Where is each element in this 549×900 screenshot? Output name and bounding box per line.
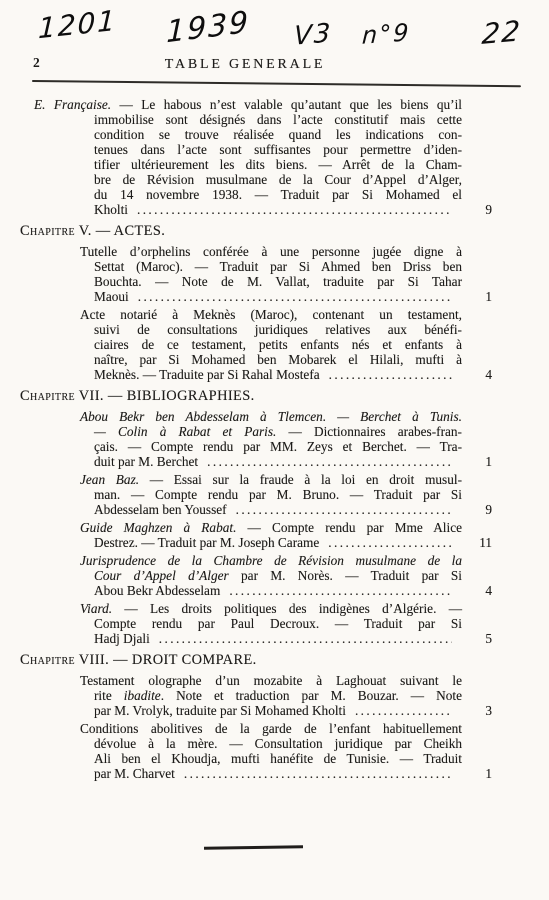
entry-last-line-text: Meknès. — Traduite par Si Rahal Mostefa: [94, 367, 320, 382]
page-reference-number: 1: [458, 454, 492, 469]
toc-entry: Tutelle d’orphelins conférée à une perso…: [0, 244, 549, 304]
entry-line: Ali ben el Khoudja, mufti hanéfite de Tu…: [94, 751, 462, 766]
scanned-document-page: 1201 1939 V3 n°9 22 2 TABLE GENERALE E. …: [0, 0, 549, 900]
entry-line: Viard. — Les droits politiques des indig…: [80, 601, 462, 616]
footer-rule: [204, 845, 303, 849]
entry-last-line-text: Abdesselam ben Youssef: [94, 502, 227, 517]
entry-last-line-text: Destrez. — Traduit par M. Joseph Carame: [94, 535, 319, 550]
entry-line: condition se trouve réalisée quand les i…: [94, 127, 462, 142]
entry-line: bre de Révision musulmane de la Cour d’A…: [94, 172, 462, 187]
entry-last-line: Hadj Djali5: [94, 631, 492, 646]
entry-last-line-text: Kholti: [94, 202, 128, 217]
entry-line: immobilise sont désignés dans l’acte con…: [94, 112, 462, 127]
entry-last-line-text: Hadj Djali: [94, 631, 150, 646]
entry-line: tifier ultérieurement les dits biens. — …: [94, 157, 462, 172]
page-reference-number: 5: [458, 631, 492, 646]
folio-page-number: 2: [33, 55, 40, 71]
dot-leader: [329, 367, 452, 382]
toc-entry: Testament olographe d’un mozabite à Lagh…: [0, 673, 549, 718]
toc-entry: E. Française. — Le habous n’est valable …: [0, 97, 549, 217]
dot-leader: [229, 583, 452, 598]
dot-leader: [159, 631, 452, 646]
entry-line: Jean Baz. — Essai sur la fraude à la loi…: [80, 472, 462, 487]
entry-line: E. Française. — Le habous n’est valable …: [34, 97, 462, 112]
entry-line: Bouchta. — Note de M. Vallat, traduite p…: [94, 274, 462, 289]
entry-last-line: Kholti9: [94, 202, 492, 217]
toc-entry: Acte notarié à Meknès (Maroc), contenant…: [0, 307, 549, 382]
entry-last-line: Abou Bekr Abdesselam4: [94, 583, 492, 598]
entry-last-line-text: duit par M. Berchet: [94, 454, 198, 469]
dot-leader: [184, 766, 452, 781]
page-reference-number: 4: [458, 367, 492, 382]
dot-leader: [328, 535, 452, 550]
header-rule: [32, 80, 521, 87]
entry-line: Testament olographe d’un mozabite à Lagh…: [80, 673, 462, 688]
handwritten-mark-copy: 22: [481, 14, 523, 51]
entry-line: Settat (Maroc). — Traduit par Si Ahmed b…: [94, 259, 462, 274]
toc-entry: Jean Baz. — Essai sur la fraude à la loi…: [0, 472, 549, 517]
entry-line: Conditions abolitives de la garde de l’e…: [80, 721, 462, 736]
entry-last-line: Maoui1: [94, 289, 492, 304]
dot-leader: [236, 502, 452, 517]
entry-line: Guide Maghzen à Rabat. — Compte rendu pa…: [80, 520, 462, 535]
entry-line: man. — Compte rendu par M. Bruno. — Trad…: [94, 487, 462, 502]
page-reference-number: 1: [458, 289, 492, 304]
entry-last-line: Meknès. — Traduite par Si Rahal Mostefa4: [94, 367, 492, 382]
entry-last-line-text: Maoui: [94, 289, 129, 304]
dot-leader: [207, 454, 452, 469]
entry-last-line-text: par M. Charvet: [94, 766, 175, 781]
entry-last-line-text: Abou Bekr Abdesselam: [94, 583, 220, 598]
page-reference-number: 9: [458, 502, 492, 517]
entry-last-line-text: par M. Vrolyk, traduite par Si Mohamed K…: [94, 703, 346, 718]
entry-line: Cour d’Appel d’Alger par M. Norès. — Tra…: [94, 568, 462, 583]
handwritten-mark-volume: V3: [294, 18, 333, 52]
handwritten-mark-year: 1939: [166, 5, 250, 51]
entry-line: dévolue à la mère. — Consultation juridi…: [94, 736, 462, 751]
handwritten-mark-archive-number: 1201: [38, 4, 118, 46]
toc-entry: Abou Bekr ben Abdesselam à Tlemcen. — Be…: [0, 409, 549, 469]
toc-entry: Conditions abolitives de la garde de l’e…: [0, 721, 549, 781]
entry-line: çais. — Compte rendu par MM. Zeys et Ber…: [94, 439, 462, 454]
dot-leader: [138, 289, 452, 304]
entry-line: Jurisprudence de la Chambre de Révision …: [80, 553, 462, 568]
entry-last-line: Abdesselam ben Youssef9: [94, 502, 492, 517]
entry-line: Compte rendu par Paul Decroux. — Traduit…: [94, 616, 462, 631]
entry-last-line: par M. Charvet1: [94, 766, 492, 781]
dot-leader: [355, 703, 452, 718]
page-reference-number: 1: [458, 766, 492, 781]
entry-line: tenues dans l’acte sont suffisantes pour…: [94, 142, 462, 157]
page-reference-number: 4: [458, 583, 492, 598]
toc-entry: Jurisprudence de la Chambre de Révision …: [0, 553, 549, 598]
entry-line: naître, par Si Mohamed ben Mobarek el Hi…: [94, 352, 462, 367]
toc-entry: Guide Maghzen à Rabat. — Compte rendu pa…: [0, 520, 549, 550]
entry-last-line: par M. Vrolyk, traduite par Si Mohamed K…: [94, 703, 492, 718]
entry-line: ciaires de ce testament, petits enfants …: [94, 337, 462, 352]
entry-last-line: Destrez. — Traduit par M. Joseph Carame1…: [94, 535, 492, 550]
chapter-heading: Chapitre VIII. — DROIT COMPARE.: [20, 653, 462, 668]
entry-line: — Colin à Rabat et Paris. — Dictionnaire…: [94, 424, 462, 439]
entry-line: du 14 novembre 1938. — Traduit par Si Mo…: [94, 187, 462, 202]
page-reference-number: 9: [458, 202, 492, 217]
entry-line: suivi de consultations juridiques relati…: [94, 322, 462, 337]
entry-line: Abou Bekr ben Abdesselam à Tlemcen. — Be…: [80, 409, 462, 424]
handwritten-mark-issue: n°9: [361, 18, 411, 50]
entry-line: Acte notarié à Meknès (Maroc), contenant…: [80, 307, 462, 322]
dot-leader: [137, 202, 452, 217]
page-reference-number: 11: [458, 535, 492, 550]
entry-line: Tutelle d’orphelins conférée à une perso…: [80, 244, 462, 259]
entry-line: rite ibadite. Note et traduction par M. …: [94, 688, 462, 703]
toc-content: E. Française. — Le habous n’est valable …: [0, 97, 549, 784]
entry-last-line: duit par M. Berchet1: [94, 454, 492, 469]
chapter-heading: Chapitre V. — ACTES.: [20, 224, 462, 239]
page-title: TABLE GENERALE: [95, 57, 395, 73]
toc-entry: Viard. — Les droits politiques des indig…: [0, 601, 549, 646]
page-reference-number: 3: [458, 703, 492, 718]
chapter-heading: Chapitre VII. — BIBLIOGRAPHIES.: [20, 389, 462, 404]
